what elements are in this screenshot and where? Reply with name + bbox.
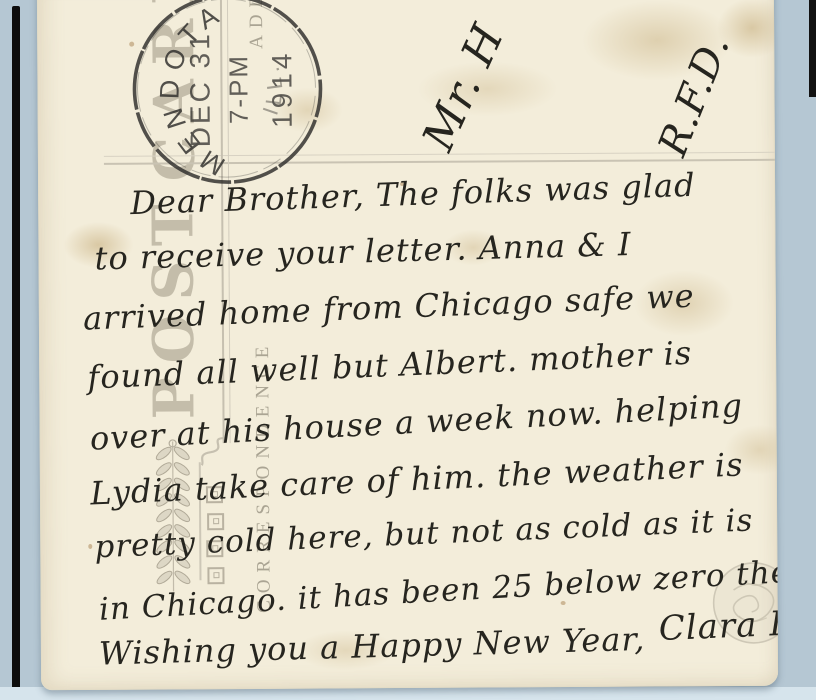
square-ornament <box>207 567 224 584</box>
postmark-date: DEC 31 <box>184 31 216 147</box>
postmark-time: 7-PM <box>223 54 253 124</box>
message-line: Wishing you a Happy New Year, <box>98 620 645 673</box>
photo-of-postcard: { "postmark": { "city": "MENDOTA", "stat… <box>0 0 816 700</box>
address-handwritten-rfd: R.F.D. <box>650 28 739 162</box>
postcard: CARD POST CORRESPONDENCE ADDRESS MEN <box>37 0 778 690</box>
photo-left-black-bar <box>12 6 20 700</box>
signature: Clara B. <box>658 603 778 649</box>
postmark-year: 1914 <box>266 50 297 128</box>
address-handwritten-recipient: Mr. H <box>413 16 515 158</box>
photo-right-black-bar <box>809 0 816 97</box>
laurel-ornament <box>150 437 197 595</box>
speck <box>88 544 92 549</box>
postmark-stamp: MENDOTA ILL. DEC 31 7-PM 1914 <box>127 0 328 190</box>
